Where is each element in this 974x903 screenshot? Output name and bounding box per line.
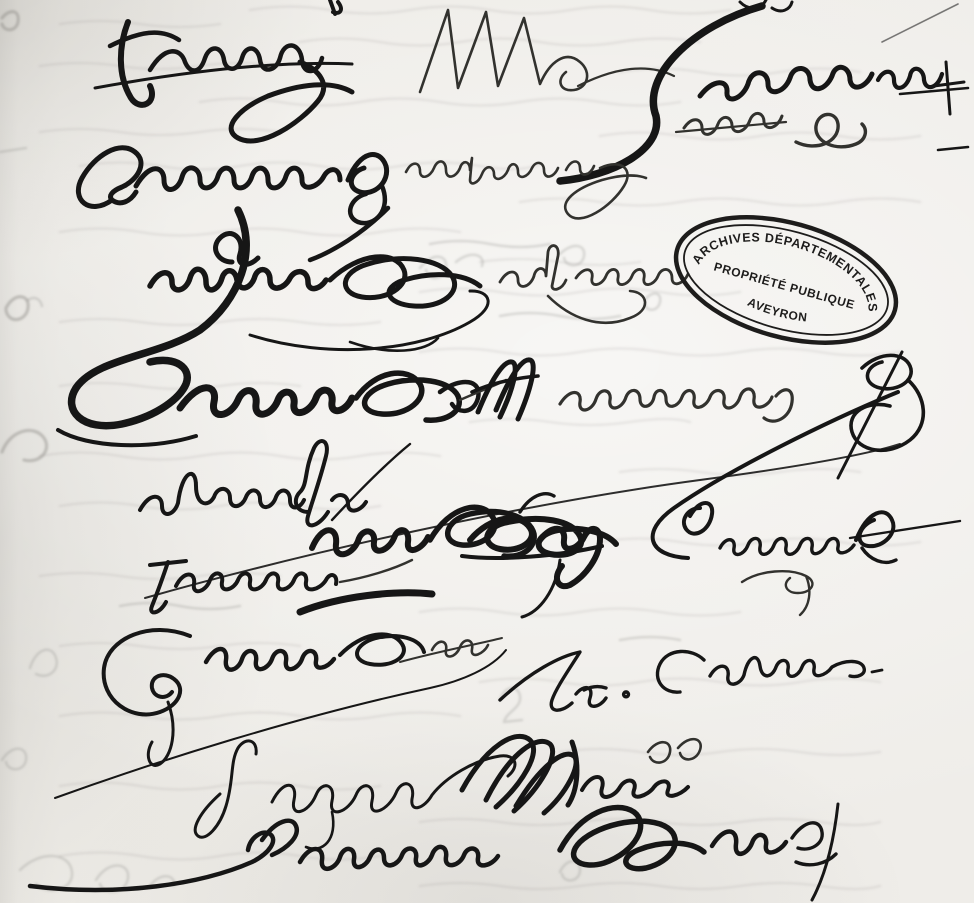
signature-lamarche [30, 804, 838, 900]
svg-text:AVEYRON: AVEYRON [745, 294, 811, 327]
signature-swoop [195, 741, 515, 849]
signature-scrawl-mid [462, 494, 616, 558]
signature-paraph-top [420, 10, 674, 92]
stamp-line-3: AVEYRON [745, 294, 811, 327]
signature-fayes [560, 6, 968, 181]
signature-jnedas [55, 630, 506, 798]
cutoff-marks-top [330, 0, 958, 42]
signature-proeur [676, 113, 865, 146]
signatures-layer: ARCHIVES DÉPARTEMENTALES PROPRIÉTÉ PUBLI… [0, 0, 974, 903]
manuscript-page: ARCHIVES DÉPARTEMENTALES PROPRIÉTÉ PUBLI… [0, 0, 974, 903]
signature-rozieres [78, 148, 386, 223]
signature-kerro [58, 210, 506, 445]
signature-houlzze [462, 736, 701, 813]
signature-domergue [472, 360, 792, 421]
signature-noth [500, 246, 688, 323]
signature-traquier [95, 22, 352, 141]
signature-cablia [500, 651, 882, 710]
signature-galernke [653, 392, 960, 615]
archives-stamp: ARCHIVES DÉPARTEMENTALES PROPRIÉTÉ PUBLI… [662, 195, 910, 365]
signature-paraph-right [838, 352, 923, 478]
